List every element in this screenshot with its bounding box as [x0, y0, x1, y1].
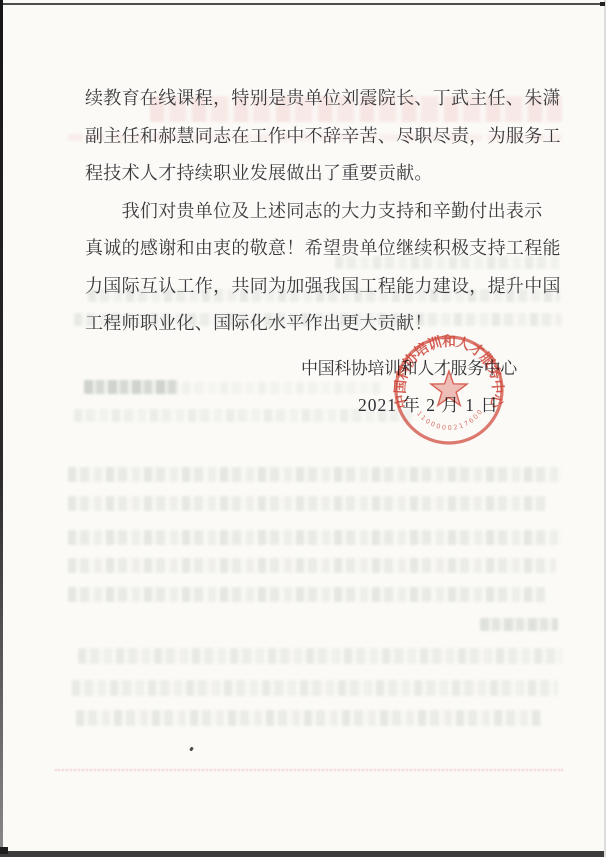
scan-artifact-dot	[0, 847, 8, 854]
show-through-line	[84, 380, 179, 394]
show-through-line	[182, 382, 382, 394]
show-through-line	[480, 618, 558, 631]
show-through-line	[68, 587, 546, 602]
body-line: 真诚的感谢和由衷的敬意！希望贵单位继续积极支持工程能	[85, 230, 567, 268]
body-line: 副主任和郝慧同志在工作中不辞辛苦、尽职尽责，为服务工	[85, 118, 567, 156]
letter-body: 续教育在线课程，特别是贵单位刘震院长、丁武主任、朱潇 副主任和郝慧同志在工作中不…	[85, 80, 567, 343]
show-through-line	[72, 680, 558, 696]
scan-artifact-speck	[189, 747, 194, 752]
show-through-line	[68, 467, 562, 482]
svg-text:1100000217600: 1100000217600	[415, 408, 485, 432]
show-through-line	[68, 558, 556, 573]
show-through-line	[68, 530, 562, 545]
scan-artifact-dot	[600, 2, 605, 6]
show-through-line	[76, 710, 542, 726]
show-through-line	[78, 648, 562, 664]
body-line: 力国际互认工作，共同为加强我国工程能力建设，提升中国	[85, 268, 567, 306]
show-through-rule	[55, 769, 563, 771]
seal-star-icon	[431, 371, 467, 405]
scan-edge-top	[3, 3, 603, 5]
body-line: 续教育在线课程，特别是贵单位刘震院长、丁武主任、朱潇	[85, 80, 567, 118]
scan-edge-bottom	[0, 851, 606, 857]
official-seal: 中国科协培训和人才服务中心 1100000217600	[389, 330, 509, 450]
body-line: 我们对贵单位及上述同志的大力支持和辛勤付出表示	[85, 193, 567, 231]
show-through-line	[68, 496, 546, 511]
seal-serial-number: 1100000217600	[415, 408, 485, 432]
scanned-letter-page: 续教育在线课程，特别是贵单位刘震院长、丁武主任、朱潇 副主任和郝慧同志在工作中不…	[0, 0, 606, 857]
scan-edge-left	[0, 0, 3, 857]
body-line: 程技术人才持续职业发展做出了重要贡献。	[85, 155, 567, 193]
